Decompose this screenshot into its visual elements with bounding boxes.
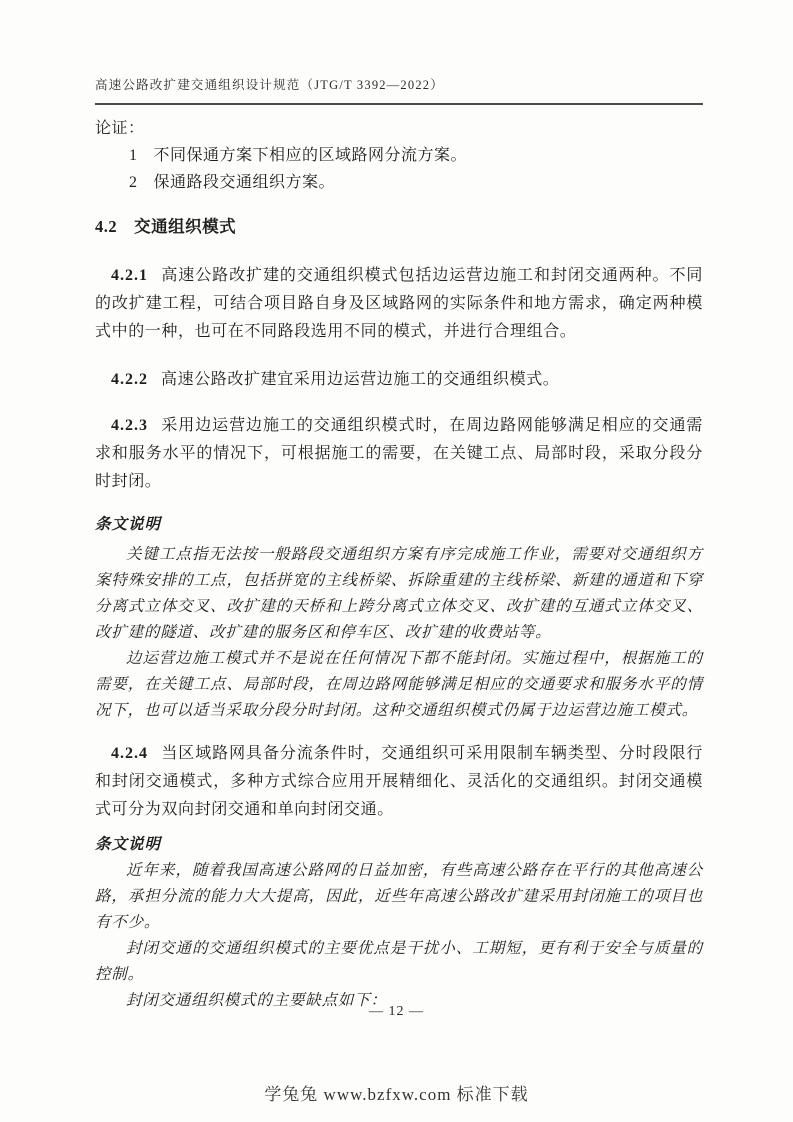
commentary-paragraph: 近年来，随着我国高速公路网的日益加密，有些高速公路存在平行的其他高速公路，承担分… bbox=[95, 858, 703, 936]
running-header-title: 高速公路改扩建交通组织设计规范（JTG/T 3392—2022） bbox=[95, 78, 444, 92]
commentary-paragraph: 边运营边施工模式并不是说在任何情况下都不能封闭。实施过程中，根据施工的需要，在关… bbox=[95, 646, 703, 724]
running-header: 高速公路改扩建交通组织设计规范（JTG/T 3392—2022） bbox=[0, 0, 793, 92]
clause-text: 高速公路改扩建宜采用边运营边施工的交通组织模式。 bbox=[161, 371, 559, 388]
commentary-paragraph: 封闭交通的交通组织模式的主要优点是干扰小、工期短，更有利于安全与质量的控制。 bbox=[95, 936, 703, 988]
list-item-number: 1 bbox=[129, 147, 138, 164]
header-rule bbox=[95, 103, 703, 105]
clause-4-2-4: 4.2.4当区域路网具备分流条件时，交通组织可采用限制车辆类型、分时段限行和封闭… bbox=[95, 740, 703, 824]
clause-text: 采用边运营边施工的交通组织模式时，在周边路网能够满足相应的交通需求和服务水平的情… bbox=[95, 417, 703, 490]
list-item: 1不同保通方案下相应的区域路网分流方案。 bbox=[95, 142, 703, 169]
commentary-paragraph: 关键工点指无法按一般路段交通组织方案有序完成施工作业，需要对交通组织方案特殊安排… bbox=[95, 542, 703, 646]
clause-4-2-3: 4.2.3采用边运营边施工的交通组织模式时，在周边路网能够满足相应的交通需求和服… bbox=[95, 412, 703, 496]
list-item-text: 保通路段交通组织方案。 bbox=[154, 174, 336, 191]
clause-text: 高速公路改扩建的交通组织模式包括边运营边施工和封闭交通两种。不同的改扩建工程，可… bbox=[95, 267, 703, 340]
commentary-label: 条文说明 bbox=[95, 512, 703, 538]
clause-number: 4.2.2 bbox=[111, 371, 148, 388]
list-item: 2保通路段交通组织方案。 bbox=[95, 169, 703, 196]
commentary-label: 条文说明 bbox=[95, 832, 703, 858]
clause-number: 4.2.3 bbox=[111, 417, 148, 434]
list-item-text: 不同保通方案下相应的区域路网分流方案。 bbox=[154, 147, 468, 164]
section-heading: 4.2交通组织模式 bbox=[95, 214, 703, 240]
clause-4-2-2: 4.2.2高速公路改扩建宜采用边运营边施工的交通组织模式。 bbox=[95, 366, 703, 394]
clause-number: 4.2.1 bbox=[111, 267, 148, 284]
section-number: 4.2 bbox=[95, 217, 117, 236]
clause-4-2-1: 4.2.1高速公路改扩建的交通组织模式包括边运营边施工和封闭交通两种。不同的改扩… bbox=[95, 262, 703, 346]
list-lead: 论证： bbox=[95, 115, 703, 142]
page-number: — 12 — bbox=[0, 1004, 793, 1020]
list-item-number: 2 bbox=[129, 174, 138, 191]
section-title: 交通组织模式 bbox=[134, 217, 236, 236]
watermark-text: 学兔兔 www.bzfxw.com 标准下载 bbox=[0, 1080, 793, 1105]
clause-number: 4.2.4 bbox=[111, 745, 148, 762]
document-page: 高速公路改扩建交通组织设计规范（JTG/T 3392—2022） 论证： 1不同… bbox=[0, 0, 793, 1122]
page-content: 论证： 1不同保通方案下相应的区域路网分流方案。 2保通路段交通组织方案。 4.… bbox=[0, 115, 793, 1014]
clause-text: 当区域路网具备分流条件时，交通组织可采用限制车辆类型、分时段限行和封闭交通模式，… bbox=[95, 745, 703, 818]
